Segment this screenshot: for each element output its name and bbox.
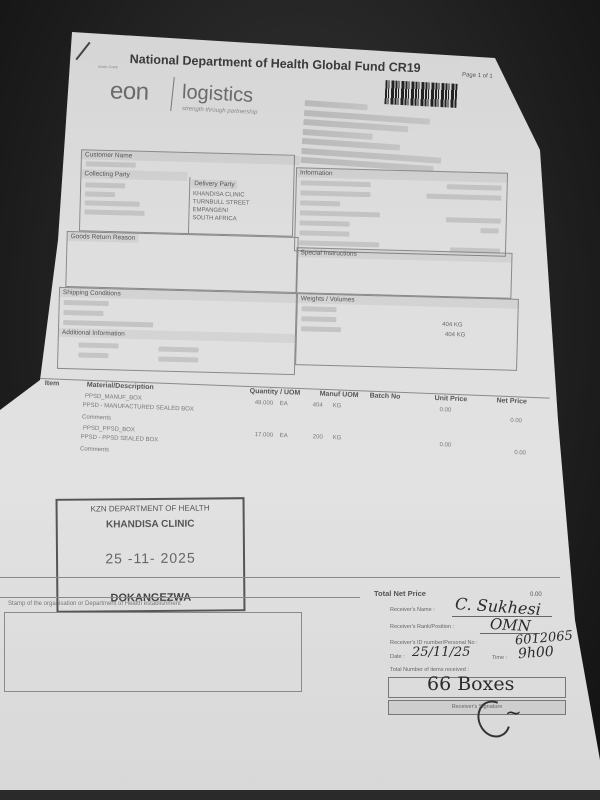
customer-name-value (86, 161, 136, 167)
info-value (426, 194, 501, 201)
row-note: Comments (80, 446, 109, 453)
row-code: PPSD_PPSD_BOX (83, 425, 135, 433)
weight-label (301, 316, 336, 322)
delivery-note-paper: Work Copy National Department of Health … (0, 0, 600, 800)
barcode-icon (384, 80, 457, 108)
row-net-price: 0.00 (510, 418, 522, 424)
row-manuf-qty: 200 (313, 434, 323, 440)
gross-weight-value: 404 KG (442, 322, 463, 329)
row-unit-price: 0.00 (439, 442, 451, 448)
col-material: Material/Description (87, 382, 154, 392)
total-net-price-value: 0.00 (530, 592, 542, 598)
totals-rule (0, 577, 560, 578)
info-label (301, 180, 371, 187)
total-net-price-label: Total Net Price (374, 589, 426, 598)
shipping-conditions-block: Shipping Conditions Additional Informati… (57, 287, 297, 375)
row-code: PPSD_MANUF_BOX (85, 394, 142, 402)
info-value (446, 217, 501, 223)
info-label (300, 200, 340, 206)
col-item: Item (45, 380, 60, 388)
delivery-party-line-2: TURNBULL STREET (193, 199, 250, 206)
col-unit-price: Unit Price (434, 395, 467, 403)
row-manuf-qty: 404 (313, 402, 323, 408)
receiver-name-label: Receiver's Name : (390, 607, 435, 613)
delivery-party-header: Delivery Party (191, 179, 238, 189)
stamp-area-box (4, 612, 302, 692)
logo-divider (170, 77, 175, 111)
signature-label: Receiver's Signature (389, 704, 565, 710)
net-weight-value: 404 KG (445, 332, 466, 339)
collecting-party-line (84, 209, 144, 216)
row-note: Comments (82, 414, 111, 421)
goods-return-block: Goods Return Reason (65, 231, 298, 293)
stamp-clinic: KHANDISA CLINIC (58, 518, 243, 531)
weights-block: Weights / Volumes 404 KG 404 KG (295, 293, 519, 371)
delivery-party-line-4: SOUTH AFRICA (192, 215, 236, 222)
additional-info-item (158, 357, 198, 363)
collecting-party-line (85, 191, 115, 197)
company-address-block (300, 100, 444, 176)
shipping-label (63, 310, 103, 316)
items-received-value: 66 Boxes (427, 673, 514, 695)
row-net-price: 0.00 (514, 450, 526, 456)
stamp-caption: Stamp of the organisation or Department … (8, 601, 181, 607)
date-label: Date : (390, 654, 405, 660)
totals-rule-lower (0, 597, 360, 598)
info-label (300, 190, 370, 197)
additional-info-item (79, 342, 119, 348)
time-value: 9h00 (517, 644, 554, 662)
info-value (447, 184, 502, 190)
row-unit-price: 0.00 (439, 407, 451, 413)
info-label (299, 230, 349, 236)
col-batch: Batch No (369, 392, 400, 400)
party-divider (188, 177, 190, 233)
logo-eon: eon (110, 77, 150, 106)
row-uom: EA (280, 401, 288, 407)
receiver-rank-label: Receiver's Rank/Position : (390, 624, 454, 630)
shipping-label (63, 320, 153, 327)
clinic-stamp: KZN DEPARTMENT OF HEALTH KHANDISA CLINIC… (56, 497, 246, 613)
collecting-party-header: Collecting Party (81, 169, 187, 181)
customer-block: Customer Name Collecting Party Delivery … (79, 149, 295, 237)
row-description: PPSD - PPSD SEALED BOX (80, 434, 158, 443)
additional-info-item (158, 347, 198, 353)
special-instructions-block: Special Instructions (295, 247, 512, 299)
logo-logistics: logistics (181, 81, 253, 108)
additional-information-header: Additional Information (59, 328, 295, 343)
delivery-party-line-3: EMPANGENI (192, 207, 228, 214)
stamp-date: 25 -11- 2025 (58, 549, 243, 567)
collecting-party-line (85, 200, 140, 206)
row-manuf-uom: KG (333, 435, 342, 441)
pen-mark (75, 42, 90, 61)
time-label: Time : (492, 655, 507, 661)
collecting-party-line (85, 182, 125, 188)
goods-return-header: Goods Return Reason (68, 232, 139, 243)
page-indicator: Page 1 of 1 (462, 72, 493, 80)
info-label (300, 220, 350, 226)
col-manuf-uom: Manuf UOM (320, 391, 359, 399)
information-block: Information (294, 167, 508, 257)
table-row: PPSD_PPSD_BOX PPSD - PPSD SEALED BOX Com… (45, 424, 565, 444)
row-uom: EA (280, 433, 288, 439)
stamp-department: KZN DEPARTMENT OF HEALTH (58, 503, 243, 514)
row-quantity: 49.000 (255, 400, 274, 407)
signature-stroke: ~ (505, 700, 522, 724)
additional-info-item (78, 352, 108, 358)
info-value (480, 228, 498, 233)
info-label (299, 240, 379, 247)
col-quantity: Quantity / UOM (250, 388, 301, 397)
row-description: PPSD - MANUFACTURED SEALED BOX (82, 402, 194, 412)
corner-label: Work Copy (98, 64, 118, 69)
shipping-label (64, 300, 109, 306)
weight-label (301, 326, 341, 332)
info-label (300, 210, 380, 217)
row-quantity: 17.000 (255, 432, 274, 439)
items-received-box: 66 Boxes (388, 677, 566, 698)
date-value: 25/11/25 (412, 645, 470, 660)
col-net-price: Net Price (496, 397, 527, 405)
row-manuf-uom: KG (333, 403, 342, 409)
document-title: National Department of Health Global Fun… (130, 52, 421, 75)
delivery-party-line-1: KHANDISA CLINIC (193, 191, 245, 198)
weight-label (302, 306, 337, 312)
table-surface (0, 790, 600, 800)
